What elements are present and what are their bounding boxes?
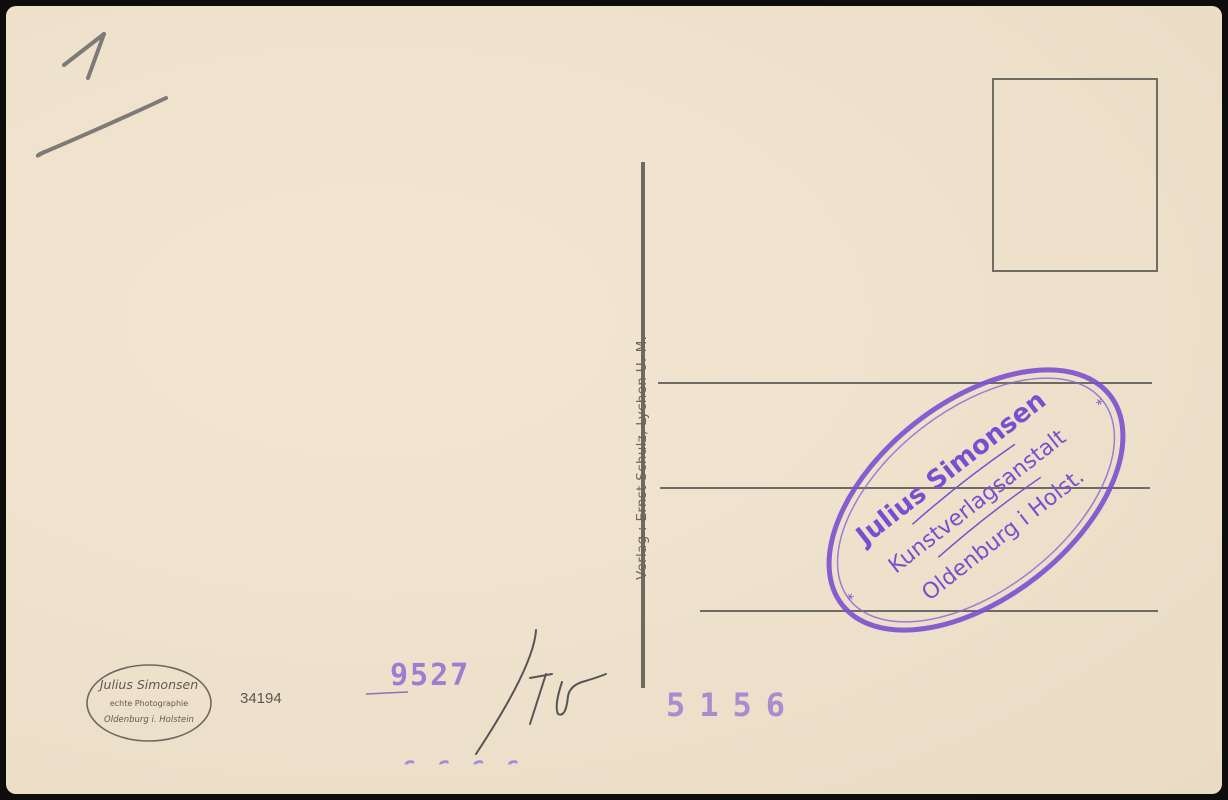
photographer-subtitle: echte Photographie bbox=[110, 699, 188, 708]
ink-overlay: Julius Simonsen echte Photographie Olden… bbox=[6, 6, 1222, 794]
dash-mark-icon bbox=[366, 692, 408, 694]
pencil-fraction-icon bbox=[476, 630, 606, 754]
postcard-back: Verlag : Ernst Schulz, Lychen U.-M. 3419… bbox=[6, 6, 1222, 794]
pencil-mark-icon bbox=[38, 34, 166, 156]
svg-text:*: * bbox=[845, 591, 860, 608]
photographer-location: Oldenburg i. Holstein bbox=[104, 715, 194, 725]
publisher-stamp: Julius Simonsen Kunstverlagsanstalt Olde… bbox=[782, 318, 1171, 682]
photographer-name: Julius Simonsen bbox=[97, 677, 198, 692]
